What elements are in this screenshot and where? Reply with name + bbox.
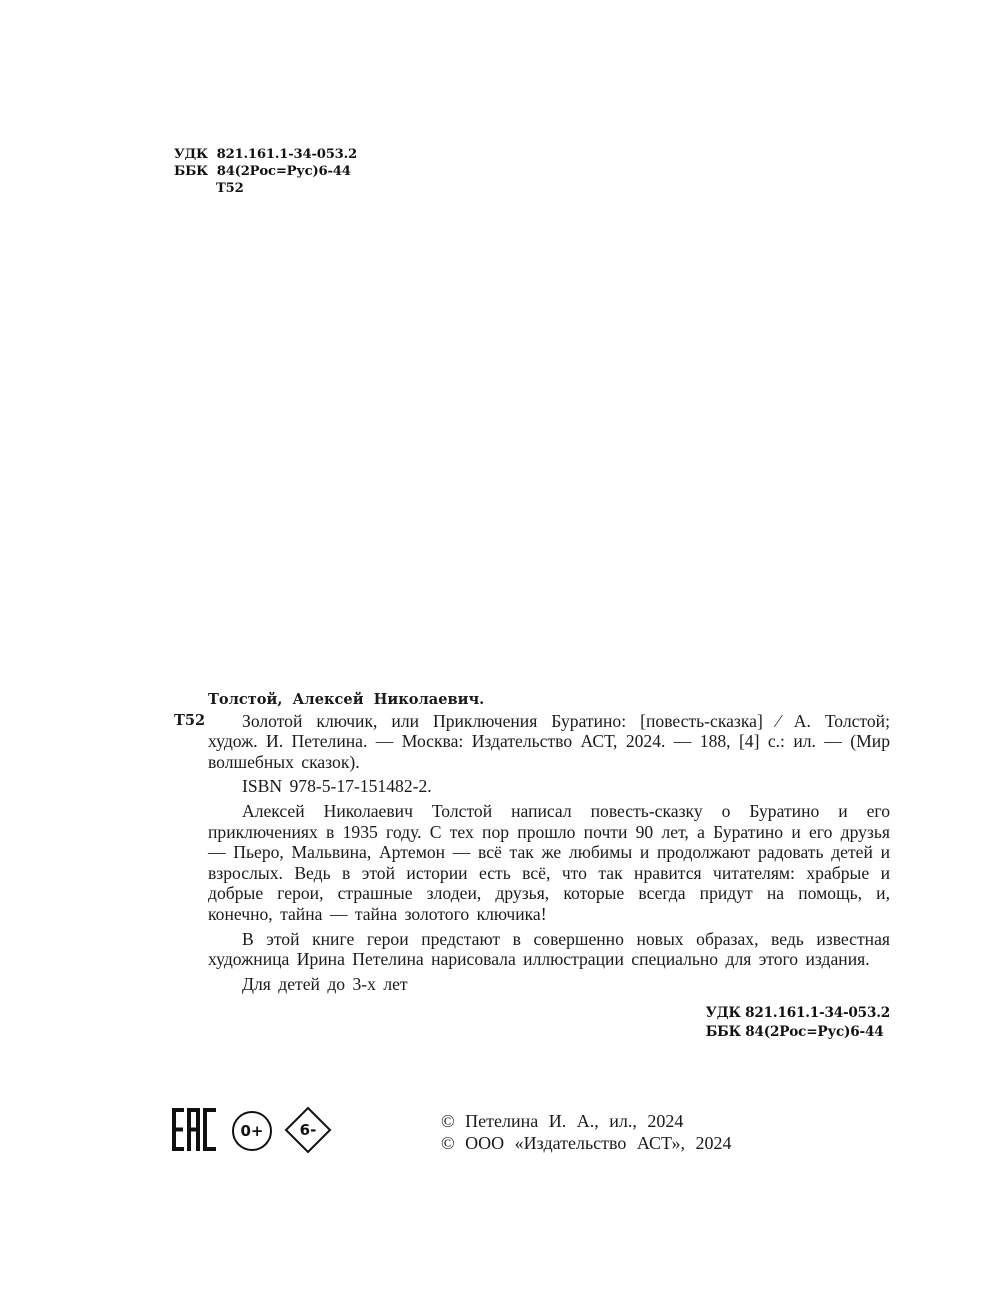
author-heading: Толстой, Алексей Николаевич. [174,690,890,711]
annotation-paragraph: В этой книге герои предстают в совершенн… [208,929,890,970]
bibliographic-description: Золотой ключик, или Приключения Буратино… [208,711,890,773]
age-rating-diamond: 6- [284,1106,332,1154]
catalog-card: Толстой, Алексей Николаевич. Т52 Золотой… [174,690,890,994]
udk-code: УДК 821.161.1-34-053.2 [706,1004,890,1023]
author-sign: Т52 [174,180,357,197]
age-note: Для детей до 3-х лет [208,974,890,995]
bbk-code: ББК 84(2Рос=Рус)6-44 [174,163,357,180]
card-body: Золотой ключик, или Приключения Буратино… [174,711,890,995]
classification-codes-top: УДК 821.161.1-34-053.2 ББК 84(2Рос=Рус)6… [174,146,357,197]
eac-icon [172,1108,216,1151]
author-sign-card: Т52 [174,711,205,732]
age-rating-circle: 0+ [232,1111,272,1151]
copyright-block: © Петелина И. А., ил., 2024 © ООО «Издат… [441,1110,732,1154]
isbn: ISBN 978-5-17-151482-2. [208,776,890,797]
udk-code: УДК 821.161.1-34-053.2 [174,146,357,163]
copyright-illustrator: © Петелина И. А., ил., 2024 [441,1110,732,1132]
annotation-paragraph: Алексей Николаевич Толстой написал повес… [208,801,890,925]
age-rating-diamond-label: 6- [284,1106,332,1154]
copyright-publisher: © ООО «Издательство АСТ», 2024 [441,1132,732,1154]
bbk-code: ББК 84(2Рос=Рус)6-44 [706,1023,890,1042]
classification-codes-bottom: УДК 821.161.1-34-053.2 ББК 84(2Рос=Рус)6… [706,1004,890,1042]
